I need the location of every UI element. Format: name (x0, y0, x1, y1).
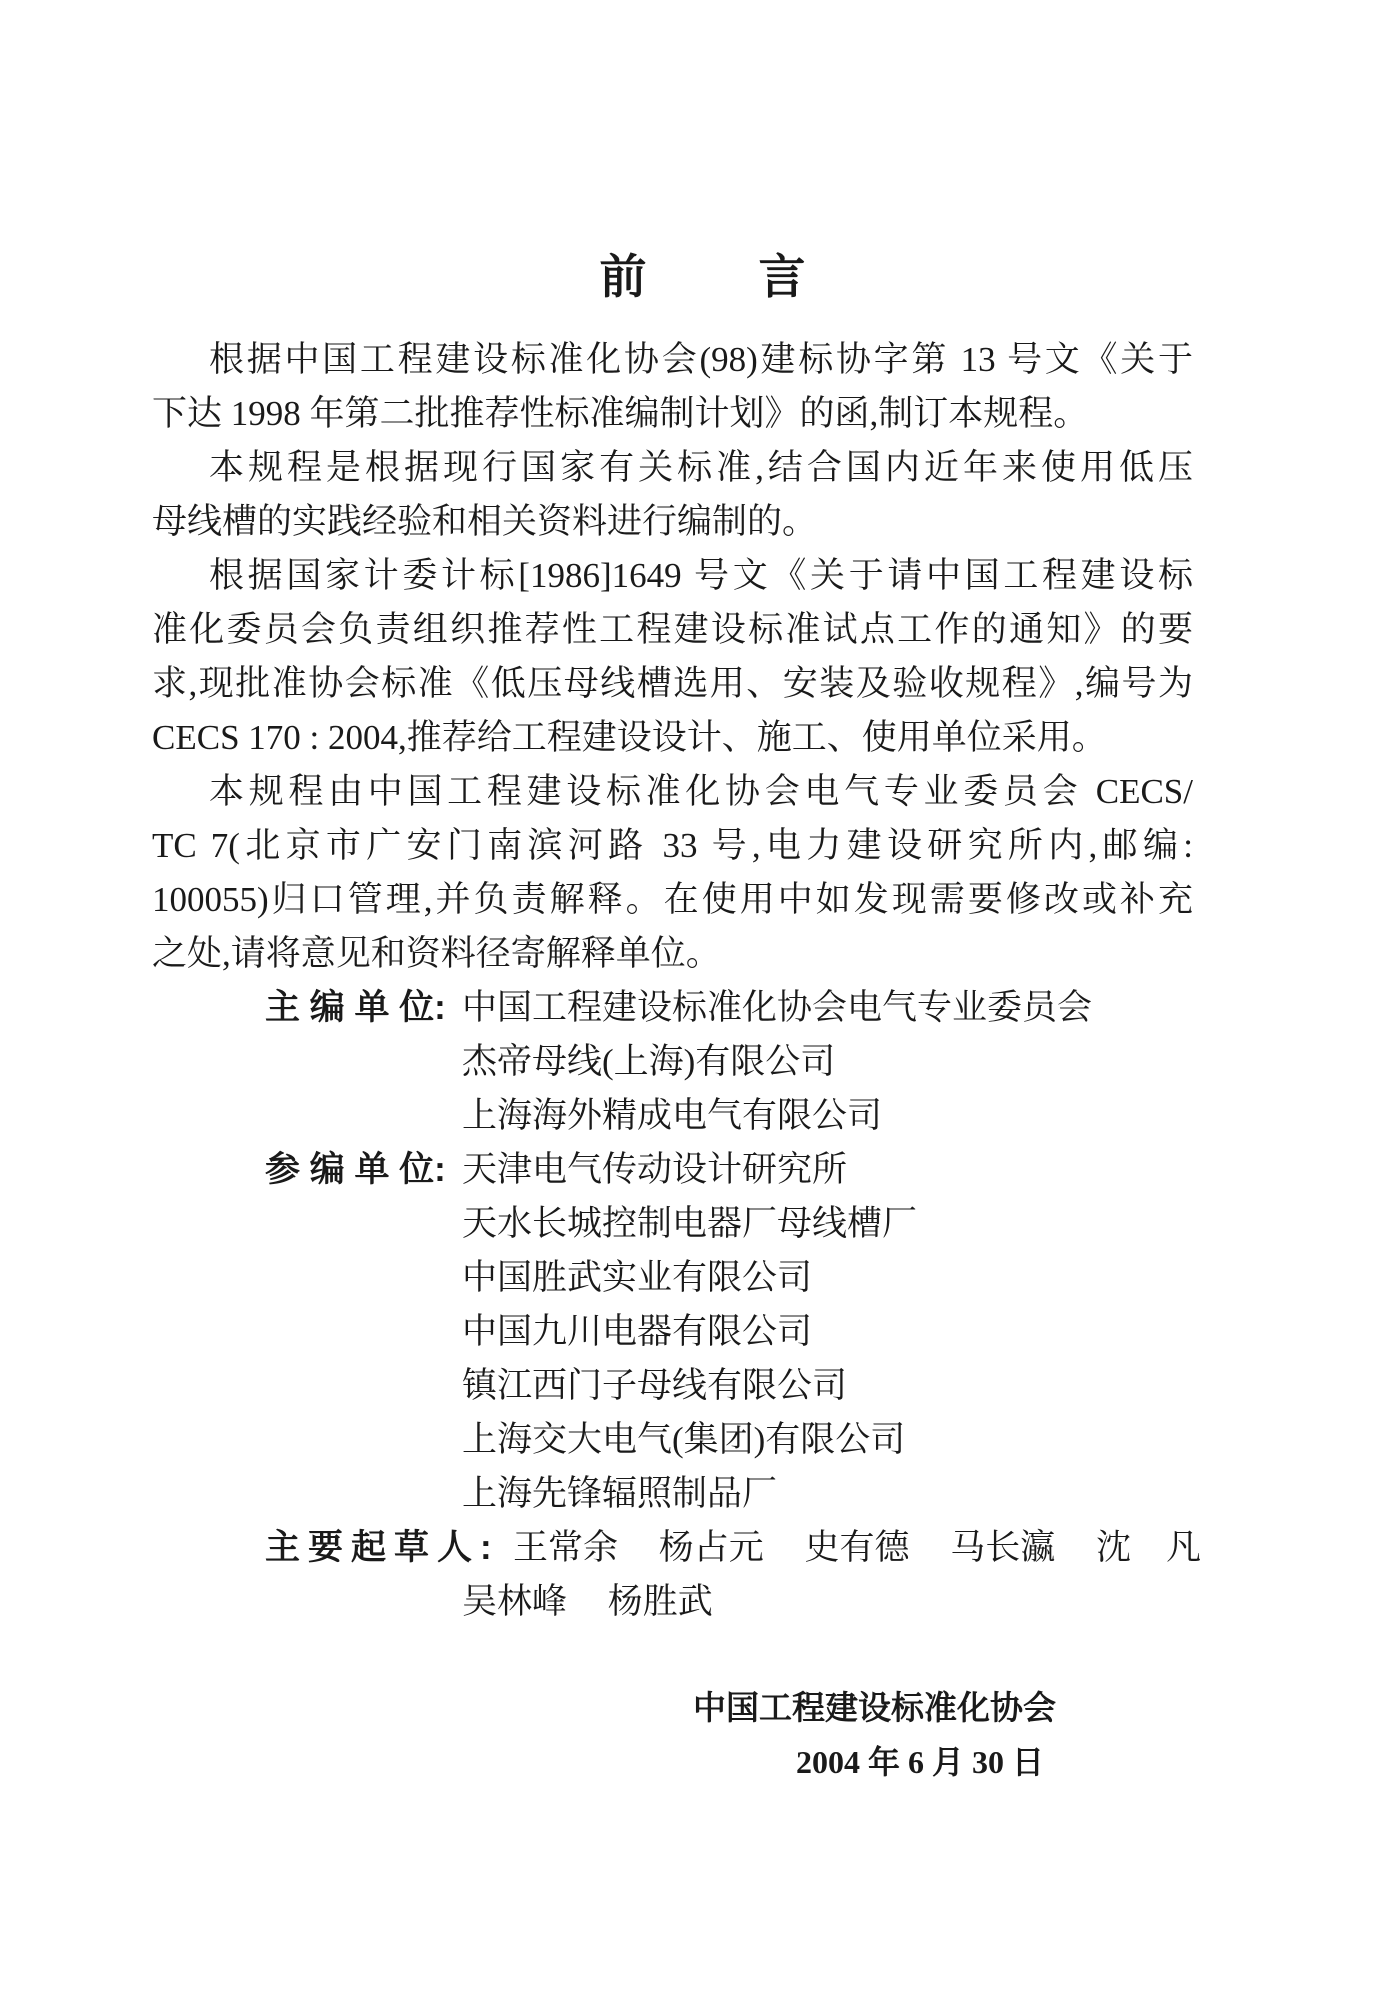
body-line: CECS 170 : 2004,推荐给工程建设设计、施工、使用单位采用。 (152, 711, 1193, 765)
body-line: TC 7(北京市广安门南滨河路 33 号,电力建设研究所内,邮编: (152, 819, 1193, 873)
signature-block: 中国工程建设标准化协会 2004 年 6 月 30 日 (693, 1681, 1056, 1789)
drafters-label: 主要起草人: (265, 1521, 500, 1575)
title-char-2: 言 (759, 248, 806, 306)
body-line: 根据中国工程建设标准化协会(98)建标协字第 13 号文《关于 (152, 333, 1193, 387)
co-editor-label: 参 编 单 位: (265, 1143, 446, 1197)
co-editor-unit: 上海先锋辐照制品厂 (462, 1474, 777, 1513)
document-page: 前 言 根据中国工程建设标准化协会(98)建标协字第 13 号文《关于 下达 1… (0, 0, 1399, 2000)
co-editor-unit: 中国九川电器有限公司 (462, 1312, 812, 1351)
drafter-name: 马长瀛 (950, 1528, 1055, 1567)
chief-editor-label: 主 编 单 位: (265, 981, 446, 1035)
body-line: 根据国家计委计标[1986]1649 号文《关于请中国工程建设标 (152, 549, 1193, 603)
drafters-row: 主要起草人: 王常余 杨占元 史有德 马长瀛 沈 凡 (152, 1521, 1193, 1575)
chief-editor-row: 上海海外精成电气有限公司 (152, 1089, 1193, 1143)
co-editor-row: 天水长城控制电器厂母线槽厂 (152, 1197, 1193, 1251)
body-line: 下达 1998 年第二批推荐性标准编制计划》的函,制订本规程。 (152, 387, 1193, 441)
co-editor-unit: 天水长城控制电器厂母线槽厂 (462, 1204, 917, 1243)
co-editor-unit: 镇江西门子母线有限公司 (462, 1366, 847, 1405)
drafter-name: 杨胜武 (608, 1582, 713, 1621)
chief-editor-unit: 中国工程建设标准化协会电气专业委员会 (462, 988, 1092, 1027)
drafter-name: 沈 凡 (1096, 1528, 1201, 1567)
chief-editor-row: 杰帝母线(上海)有限公司 (152, 1035, 1193, 1089)
co-editor-unit: 上海交大电气(集团)有限公司 (462, 1420, 905, 1459)
chief-editor-unit: 上海海外精成电气有限公司 (462, 1096, 882, 1135)
credits-section: 主 编 单 位: 中国工程建设标准化协会电气专业委员会 杰帝母线(上海)有限公司… (152, 981, 1193, 1629)
body-line: 本规程是根据现行国家有关标准,结合国内近年来使用低压 (152, 441, 1193, 495)
body-line: 本规程由中国工程建设标准化协会电气专业委员会 CECS/ (152, 765, 1193, 819)
body-line: 准化委员会负责组织推荐性工程建设标准试点工作的通知》的要 (152, 603, 1193, 657)
drafters-row: 吴林峰 杨胜武 (152, 1575, 1193, 1629)
chief-editor-row: 主 编 单 位: 中国工程建设标准化协会电气专业委员会 (152, 981, 1193, 1035)
body-line: 母线槽的实践经验和相关资料进行编制的。 (152, 495, 1193, 549)
issuing-organization: 中国工程建设标准化协会 (693, 1681, 1056, 1735)
drafter-name: 杨占元 (659, 1528, 764, 1567)
co-editor-row: 中国九川电器有限公司 (152, 1305, 1193, 1359)
issue-date: 2004 年 6 月 30 日 (693, 1735, 1056, 1789)
body-line: 之处,请将意见和资料径寄解释单位。 (152, 927, 1193, 981)
page-title: 前 言 (182, 248, 1223, 306)
drafter-name: 王常余 (513, 1528, 618, 1567)
co-editor-unit: 天津电气传动设计研究所 (462, 1150, 847, 1189)
co-editor-unit: 中国胜武实业有限公司 (462, 1258, 812, 1297)
drafter-name: 史有德 (805, 1528, 910, 1567)
co-editor-row: 上海先锋辐照制品厂 (152, 1467, 1193, 1521)
body-line: 100055)归口管理,并负责解释。在使用中如发现需要修改或补充 (152, 873, 1193, 927)
co-editor-row: 镇江西门子母线有限公司 (152, 1359, 1193, 1413)
co-editor-row: 参 编 单 位: 天津电气传动设计研究所 (152, 1143, 1193, 1197)
chief-editor-unit: 杰帝母线(上海)有限公司 (462, 1042, 835, 1081)
foreword-body: 根据中国工程建设标准化协会(98)建标协字第 13 号文《关于 下达 1998 … (152, 333, 1193, 981)
title-char-1: 前 (600, 248, 647, 306)
co-editor-row: 上海交大电气(集团)有限公司 (152, 1413, 1193, 1467)
co-editor-row: 中国胜武实业有限公司 (152, 1251, 1193, 1305)
drafter-name: 吴林峰 (462, 1582, 567, 1621)
body-line: 求,现批准协会标准《低压母线槽选用、安装及验收规程》,编号为 (152, 657, 1193, 711)
